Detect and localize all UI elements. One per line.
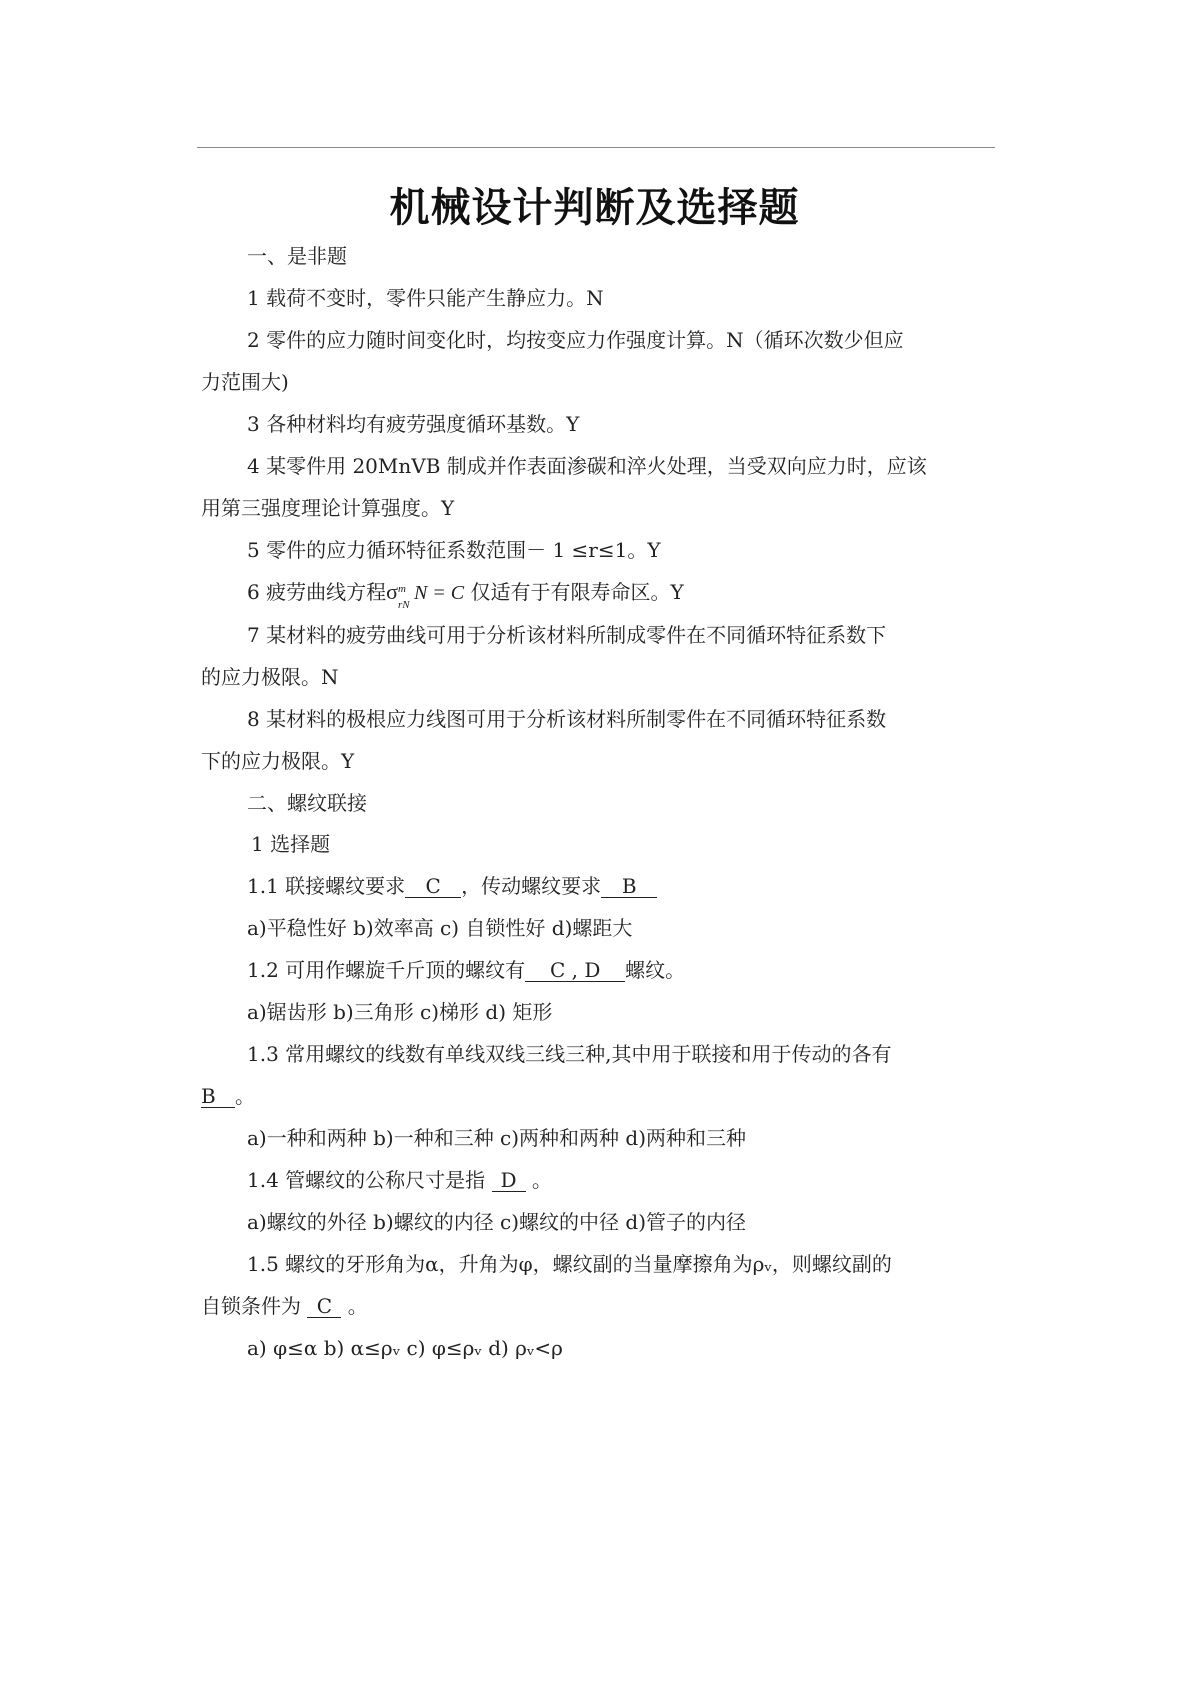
q-1-1: 1.1 联接螺纹要求C，传动螺纹要求B <box>247 873 657 899</box>
answer-blank: C <box>307 1295 341 1318</box>
q-1-5-line1: 1.5 螺纹的牙形角为α，升角为φ，螺纹副的当量摩擦角为ρᵥ，则螺纹副的 <box>247 1251 892 1277</box>
tf-item-2-line2: 力范围大) <box>201 369 289 395</box>
sigma-symbol: σ <box>386 579 398 604</box>
tf-item-8-line2: 下的应力极限。Y <box>201 748 354 774</box>
q-1-1-options: a)平稳性好 b)效率高 c) 自锁性好 d)螺距大 <box>247 915 632 941</box>
q-1-4: 1.4 管螺纹的公称尺寸是指 D 。 <box>247 1167 552 1193</box>
tf-item-6-prefix: 6 疲劳曲线方程 <box>247 580 386 604</box>
tf-item-8-line1: 8 某材料的极根应力线图可用于分析该材料所制零件在不同循环特征系数 <box>247 706 886 732</box>
section-heading-threaded-joints: 二、螺纹联接 <box>247 790 367 816</box>
q-1-4-text: 1.4 管螺纹的公称尺寸是指 <box>247 1168 485 1192</box>
section-heading-true-false: 一、是非题 <box>247 243 347 269</box>
q-1-5-suffix: 。 <box>348 1294 368 1318</box>
q-1-1-text: 1.1 联接螺纹要求 <box>247 874 405 898</box>
q-1-4-suffix: 。 <box>532 1168 552 1192</box>
subscript-rN: rN <box>398 592 410 618</box>
answer-blank: C , D <box>525 959 625 982</box>
tf-item-4-line1: 4 某零件用 20MnVB 制成并作表面渗碳和淬火处理，当受双向应力时，应该 <box>247 453 927 479</box>
q-1-3-line2: B。 <box>201 1083 255 1109</box>
q-1-3-suffix: 。 <box>235 1084 255 1108</box>
q-1-4-options: a)螺纹的外径 b)螺纹的内径 c)螺纹的中径 d)管子的内径 <box>247 1209 746 1235</box>
page-title: 机械设计判断及选择题 <box>0 176 1189 233</box>
q-1-3-line1: 1.3 常用螺纹的线数有单线双线三线三种,其中用于联接和用于传动的各有 <box>247 1041 892 1067</box>
tf-item-2-line1: 2 零件的应力随时间变化时，均按变应力作强度计算。N（循环次数少但应 <box>247 327 904 353</box>
q-1-5-line2: 自锁条件为 C 。 <box>201 1293 368 1319</box>
q-1-2: 1.2 可用作螺旋千斤顶的螺纹有C , D螺纹。 <box>247 957 685 983</box>
tf-item-6: 6 疲劳曲线方程σmrNN = C 仅适有于有限寿命区。Y <box>247 579 684 606</box>
q-1-2-options: a)锯齿形 b)三角形 c)梯形 d) 矩形 <box>247 999 552 1025</box>
q-1-2-text: 1.2 可用作螺旋千斤顶的螺纹有 <box>247 958 525 982</box>
q-1-2-suffix: 螺纹。 <box>625 958 685 982</box>
answer-blank: D <box>492 1169 526 1192</box>
tf-item-7-line2: 的应力极限。N <box>201 664 339 690</box>
tf-item-3: 3 各种材料均有疲劳强度循环基数。Y <box>247 411 579 437</box>
header-rule <box>197 147 995 148</box>
q-1-3-options: a)一种和两种 b)一种和三种 c)两种和两种 d)两种和三种 <box>247 1125 746 1151</box>
tf-item-1: 1 载荷不变时，零件只能产生静应力。N <box>247 285 604 311</box>
equation-N-C: N = C <box>414 582 464 604</box>
tf-item-5: 5 零件的应力循环特征系数范围－ 1 ≤r≤1。Y <box>247 537 661 563</box>
tf-item-7-line1: 7 某材料的疲劳曲线可用于分析该材料所制成零件在不同循环特征系数下 <box>247 622 886 648</box>
tf-item-6-suffix: 仅适有于有限寿命区。Y <box>471 580 684 604</box>
tf-item-4-line2: 用第三强度理论计算强度。Y <box>201 495 454 521</box>
answer-blank: C <box>405 875 461 898</box>
q-1-5-text: 自锁条件为 <box>201 1294 301 1318</box>
q-1-5-options: a) φ≤α b) α≤ρᵥ c) φ≤ρᵥ d) ρᵥ<ρ <box>247 1335 563 1361</box>
answer-blank: B <box>601 875 657 898</box>
subsection-heading-choice: 1 选择题 <box>251 831 330 857</box>
q-1-1-mid: ，传动螺纹要求 <box>461 874 601 898</box>
answer-blank: B <box>201 1085 235 1108</box>
